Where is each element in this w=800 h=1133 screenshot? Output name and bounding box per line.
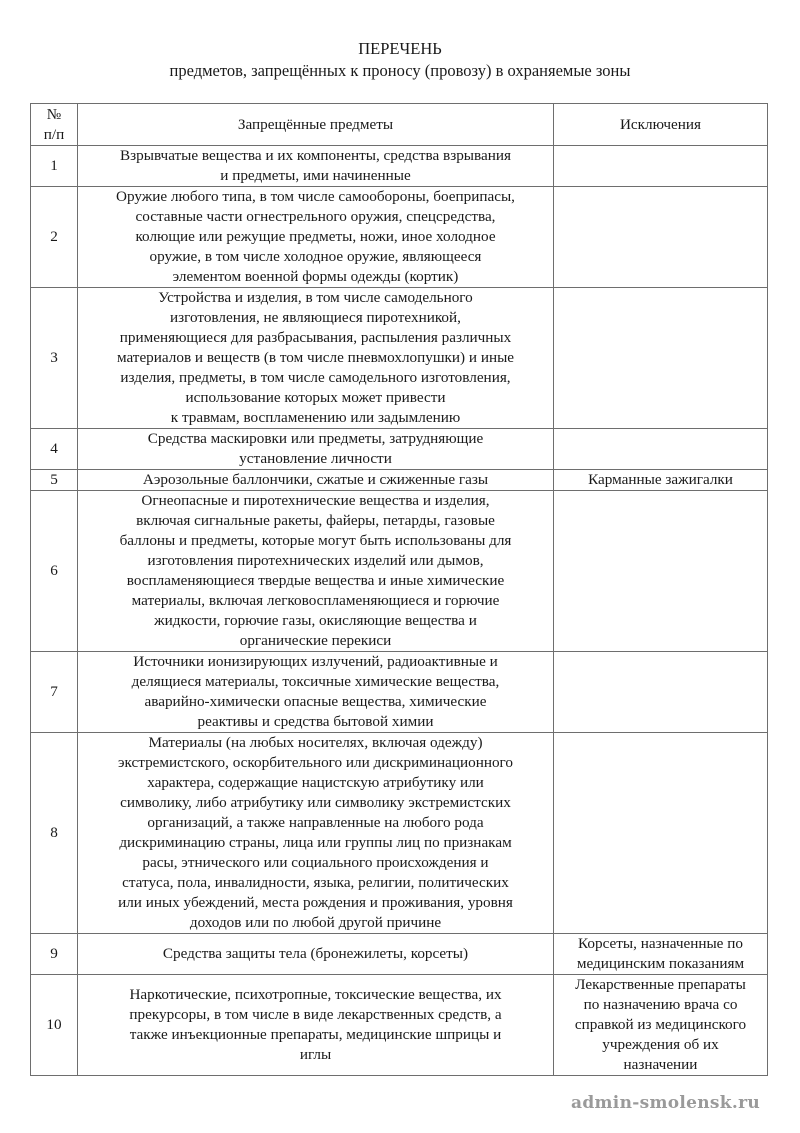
table-row: 1Взрывчатые вещества и их компоненты, ср… — [31, 146, 768, 187]
prohibited-item-description: Средства маскировки или предметы, затруд… — [78, 429, 554, 470]
description-line: Средства защиты тела (бронежилеты, корсе… — [82, 944, 549, 964]
description-line: характера, содержащие нацистскую атрибут… — [82, 773, 549, 793]
prohibited-item-description: Огнеопасные и пиротехнические вещества и… — [78, 491, 554, 652]
prohibited-item-description: Устройства и изделия, в том числе самоде… — [78, 288, 554, 429]
description-line: и предметы, ими начиненные — [82, 166, 549, 186]
description-line: применяющиеся для разбрасывания, распыле… — [82, 328, 549, 348]
row-number: 10 — [31, 975, 78, 1076]
prohibited-item-description: Взрывчатые вещества и их компоненты, сре… — [78, 146, 554, 187]
prohibited-items-table: № п/п Запрещённые предметы Исключения 1В… — [30, 103, 768, 1076]
description-line: аварийно-химически опасные вещества, хим… — [82, 692, 549, 712]
exception-cell — [554, 491, 768, 652]
exception-line: по назначению врача со — [558, 995, 763, 1015]
prohibited-item-description: Оружие любого типа, в том числе самообор… — [78, 187, 554, 288]
description-line: оружие, в том числе холодное оружие, явл… — [82, 247, 549, 267]
description-line: органические перекиси — [82, 631, 549, 651]
exception-line: Корсеты, назначенные по — [558, 934, 763, 954]
description-line: установление личности — [82, 449, 549, 469]
description-line: элементом военной формы одежды (кортик) — [82, 267, 549, 287]
exception-cell: Лекарственные препаратыпо назначению вра… — [554, 975, 768, 1076]
description-line: включая сигнальные ракеты, файеры, петар… — [82, 511, 549, 531]
description-line: Наркотические, психотропные, токсические… — [82, 985, 549, 1005]
description-line: дискриминацию страны, лица или группы ли… — [82, 833, 549, 853]
table-row: 9Средства защиты тела (бронежилеты, корс… — [31, 934, 768, 975]
table-row: 2Оружие любого типа, в том числе самообо… — [31, 187, 768, 288]
description-line: изготовления, не являющиеся пиротехникой… — [82, 308, 549, 328]
description-line: колющие или режущие предметы, ножи, иное… — [82, 227, 549, 247]
exception-cell — [554, 146, 768, 187]
description-line: воспламеняющиеся твердые вещества и иные… — [82, 571, 549, 591]
description-line: прекурсоры, в том числе в виде лекарстве… — [82, 1005, 549, 1025]
exception-line: Лекарственные препараты — [558, 975, 763, 995]
exception-cell: Карманные зажигалки — [554, 470, 768, 491]
exception-cell — [554, 288, 768, 429]
document-title-block: ПЕРЕЧЕНЬ предметов, запрещённых к пронос… — [0, 38, 800, 82]
description-line: использование которых может привести — [82, 388, 549, 408]
table-row: 6Огнеопасные и пиротехнические вещества … — [31, 491, 768, 652]
description-line: баллоны и предметы, которые могут быть и… — [82, 531, 549, 551]
row-number: 9 — [31, 934, 78, 975]
description-line: Оружие любого типа, в том числе самообор… — [82, 187, 549, 207]
exception-cell: Корсеты, назначенные помедицинским показ… — [554, 934, 768, 975]
description-line: или иных убеждений, места рождения и про… — [82, 893, 549, 913]
table-row: 5Аэрозольные баллончики, сжатые и сжижен… — [31, 470, 768, 491]
description-line: к травмам, воспламенению или задымлению — [82, 408, 549, 428]
description-line: экстремистского, оскорбительного или дис… — [82, 753, 549, 773]
description-line: также инъекционные препараты, медицински… — [82, 1025, 549, 1045]
row-number: 8 — [31, 733, 78, 934]
prohibited-item-description: Материалы (на любых носителях, включая о… — [78, 733, 554, 934]
prohibited-item-description: Средства защиты тела (бронежилеты, корсе… — [78, 934, 554, 975]
table-row: 3Устройства и изделия, в том числе самод… — [31, 288, 768, 429]
description-line: Взрывчатые вещества и их компоненты, сре… — [82, 146, 549, 166]
description-line: материалов и веществ (в том числе пневмо… — [82, 348, 549, 368]
description-line: Источники ионизирующих излучений, радиоа… — [82, 652, 549, 672]
exception-cell — [554, 429, 768, 470]
exception-cell — [554, 733, 768, 934]
exception-line: Карманные зажигалки — [558, 470, 763, 490]
description-line: реактивы и средства бытовой химии — [82, 712, 549, 732]
header-exceptions: Исключения — [554, 104, 768, 146]
header-prohibited-items: Запрещённые предметы — [78, 104, 554, 146]
description-line: делящиеся материалы, токсичные химически… — [82, 672, 549, 692]
table-header-row: № п/п Запрещённые предметы Исключения — [31, 104, 768, 146]
table-row: 4Средства маскировки или предметы, затру… — [31, 429, 768, 470]
description-line: жидкости, горючие газы, окисляющие вещес… — [82, 611, 549, 631]
description-line: организаций, а также направленные на люб… — [82, 813, 549, 833]
description-line: изготовления пиротехнических изделий или… — [82, 551, 549, 571]
row-number: 4 — [31, 429, 78, 470]
description-line: Огнеопасные и пиротехнические вещества и… — [82, 491, 549, 511]
description-line: расы, этнического или социального происх… — [82, 853, 549, 873]
table-row: 10Наркотические, психотропные, токсическ… — [31, 975, 768, 1076]
description-line: материалы, включая легковоспламеняющиеся… — [82, 591, 549, 611]
document-subtitle: предметов, запрещённых к проносу (провоз… — [0, 60, 800, 82]
prohibited-item-description: Источники ионизирующих излучений, радиоа… — [78, 652, 554, 733]
exception-line: назначении — [558, 1055, 763, 1075]
row-number: 6 — [31, 491, 78, 652]
description-line: символику, либо атрибутику или символику… — [82, 793, 549, 813]
description-line: Средства маскировки или предметы, затруд… — [82, 429, 549, 449]
document-title: ПЕРЕЧЕНЬ — [0, 38, 800, 60]
watermark: admin-smolensk.ru — [571, 1093, 760, 1113]
row-number: 5 — [31, 470, 78, 491]
row-number: 1 — [31, 146, 78, 187]
table-row: 8Материалы (на любых носителях, включая … — [31, 733, 768, 934]
description-line: Материалы (на любых носителях, включая о… — [82, 733, 549, 753]
exception-line: медицинским показаниям — [558, 954, 763, 974]
description-line: Аэрозольные баллончики, сжатые и сжиженн… — [82, 470, 549, 490]
row-number: 3 — [31, 288, 78, 429]
row-number: 7 — [31, 652, 78, 733]
exception-cell — [554, 187, 768, 288]
description-line: доходов или по любой другой причине — [82, 913, 549, 933]
description-line: составные части огнестрельного оружия, с… — [82, 207, 549, 227]
prohibited-item-description: Наркотические, психотропные, токсические… — [78, 975, 554, 1076]
table-row: 7Источники ионизирующих излучений, радио… — [31, 652, 768, 733]
exception-cell — [554, 652, 768, 733]
prohibited-item-description: Аэрозольные баллончики, сжатые и сжиженн… — [78, 470, 554, 491]
exception-line: справкой из медицинского — [558, 1015, 763, 1035]
description-line: иглы — [82, 1045, 549, 1065]
description-line: статуса, пола, инвалидности, языка, рели… — [82, 873, 549, 893]
exception-line: учреждения об их — [558, 1035, 763, 1055]
row-number: 2 — [31, 187, 78, 288]
description-line: Устройства и изделия, в том числе самоде… — [82, 288, 549, 308]
header-number: № п/п — [31, 104, 78, 146]
table-body: 1Взрывчатые вещества и их компоненты, ср… — [31, 146, 768, 1076]
description-line: изделия, предметы, в том числе самодельн… — [82, 368, 549, 388]
